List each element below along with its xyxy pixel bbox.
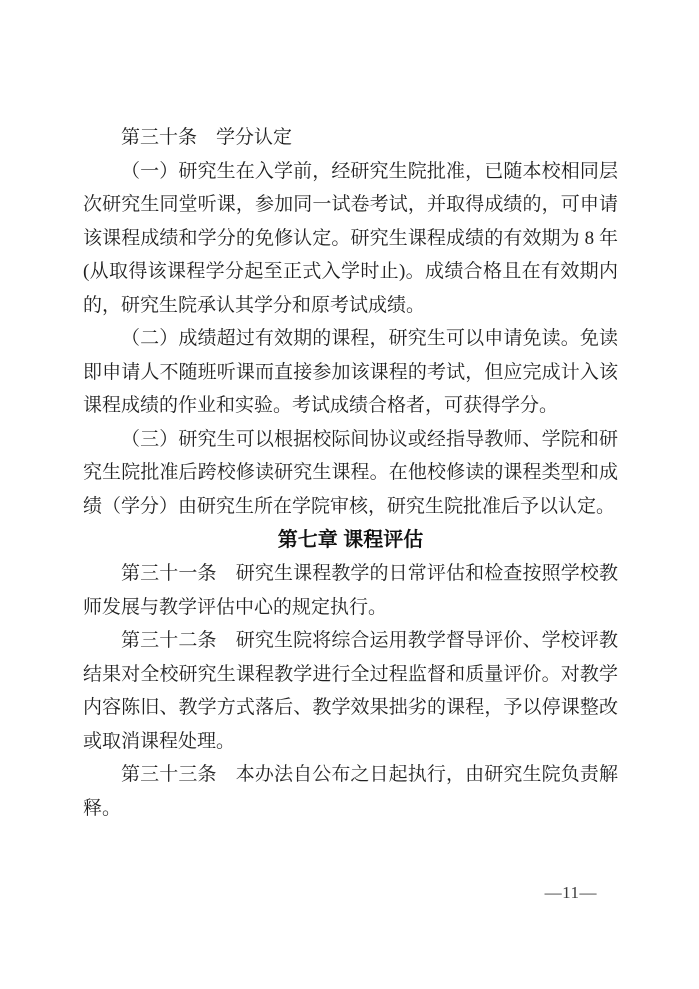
document-body: 第三十条 学分认定 （一）研究生在入学前，经研究生院批准，已随本校相同层次研究生… xyxy=(83,121,618,825)
page-number: —11— xyxy=(545,882,597,904)
article-33-paragraph: 第三十三条 本办法自公布之日起执行，由研究生院负责解释。 xyxy=(83,758,618,825)
article-30-heading: 第三十条 学分认定 xyxy=(83,121,618,155)
article-31-paragraph: 第三十一条 研究生课程教学的日常评估和检查按照学校教师发展与教学评估中心的规定执… xyxy=(83,557,618,624)
article-30-clause-2: （二）成绩超过有效期的课程，研究生可以申请免读。免读即申请人不随班听课而直接参加… xyxy=(83,322,618,423)
article-30-clause-3: （三）研究生可以根据校际间协议或经指导教师、学院和研究生院批准后跨校修读研究生课… xyxy=(83,423,618,524)
chapter-7-heading: 第七章 课程评估 xyxy=(83,524,618,558)
article-32-paragraph: 第三十二条 研究生院将综合运用教学督导评价、学校评教结果对全校研究生课程教学进行… xyxy=(83,624,618,758)
document-page: 第三十条 学分认定 （一）研究生在入学前，经研究生院批准，已随本校相同层次研究生… xyxy=(0,0,699,989)
article-30-clause-1: （一）研究生在入学前，经研究生院批准，已随本校相同层次研究生同堂听课，参加同一试… xyxy=(83,155,618,323)
